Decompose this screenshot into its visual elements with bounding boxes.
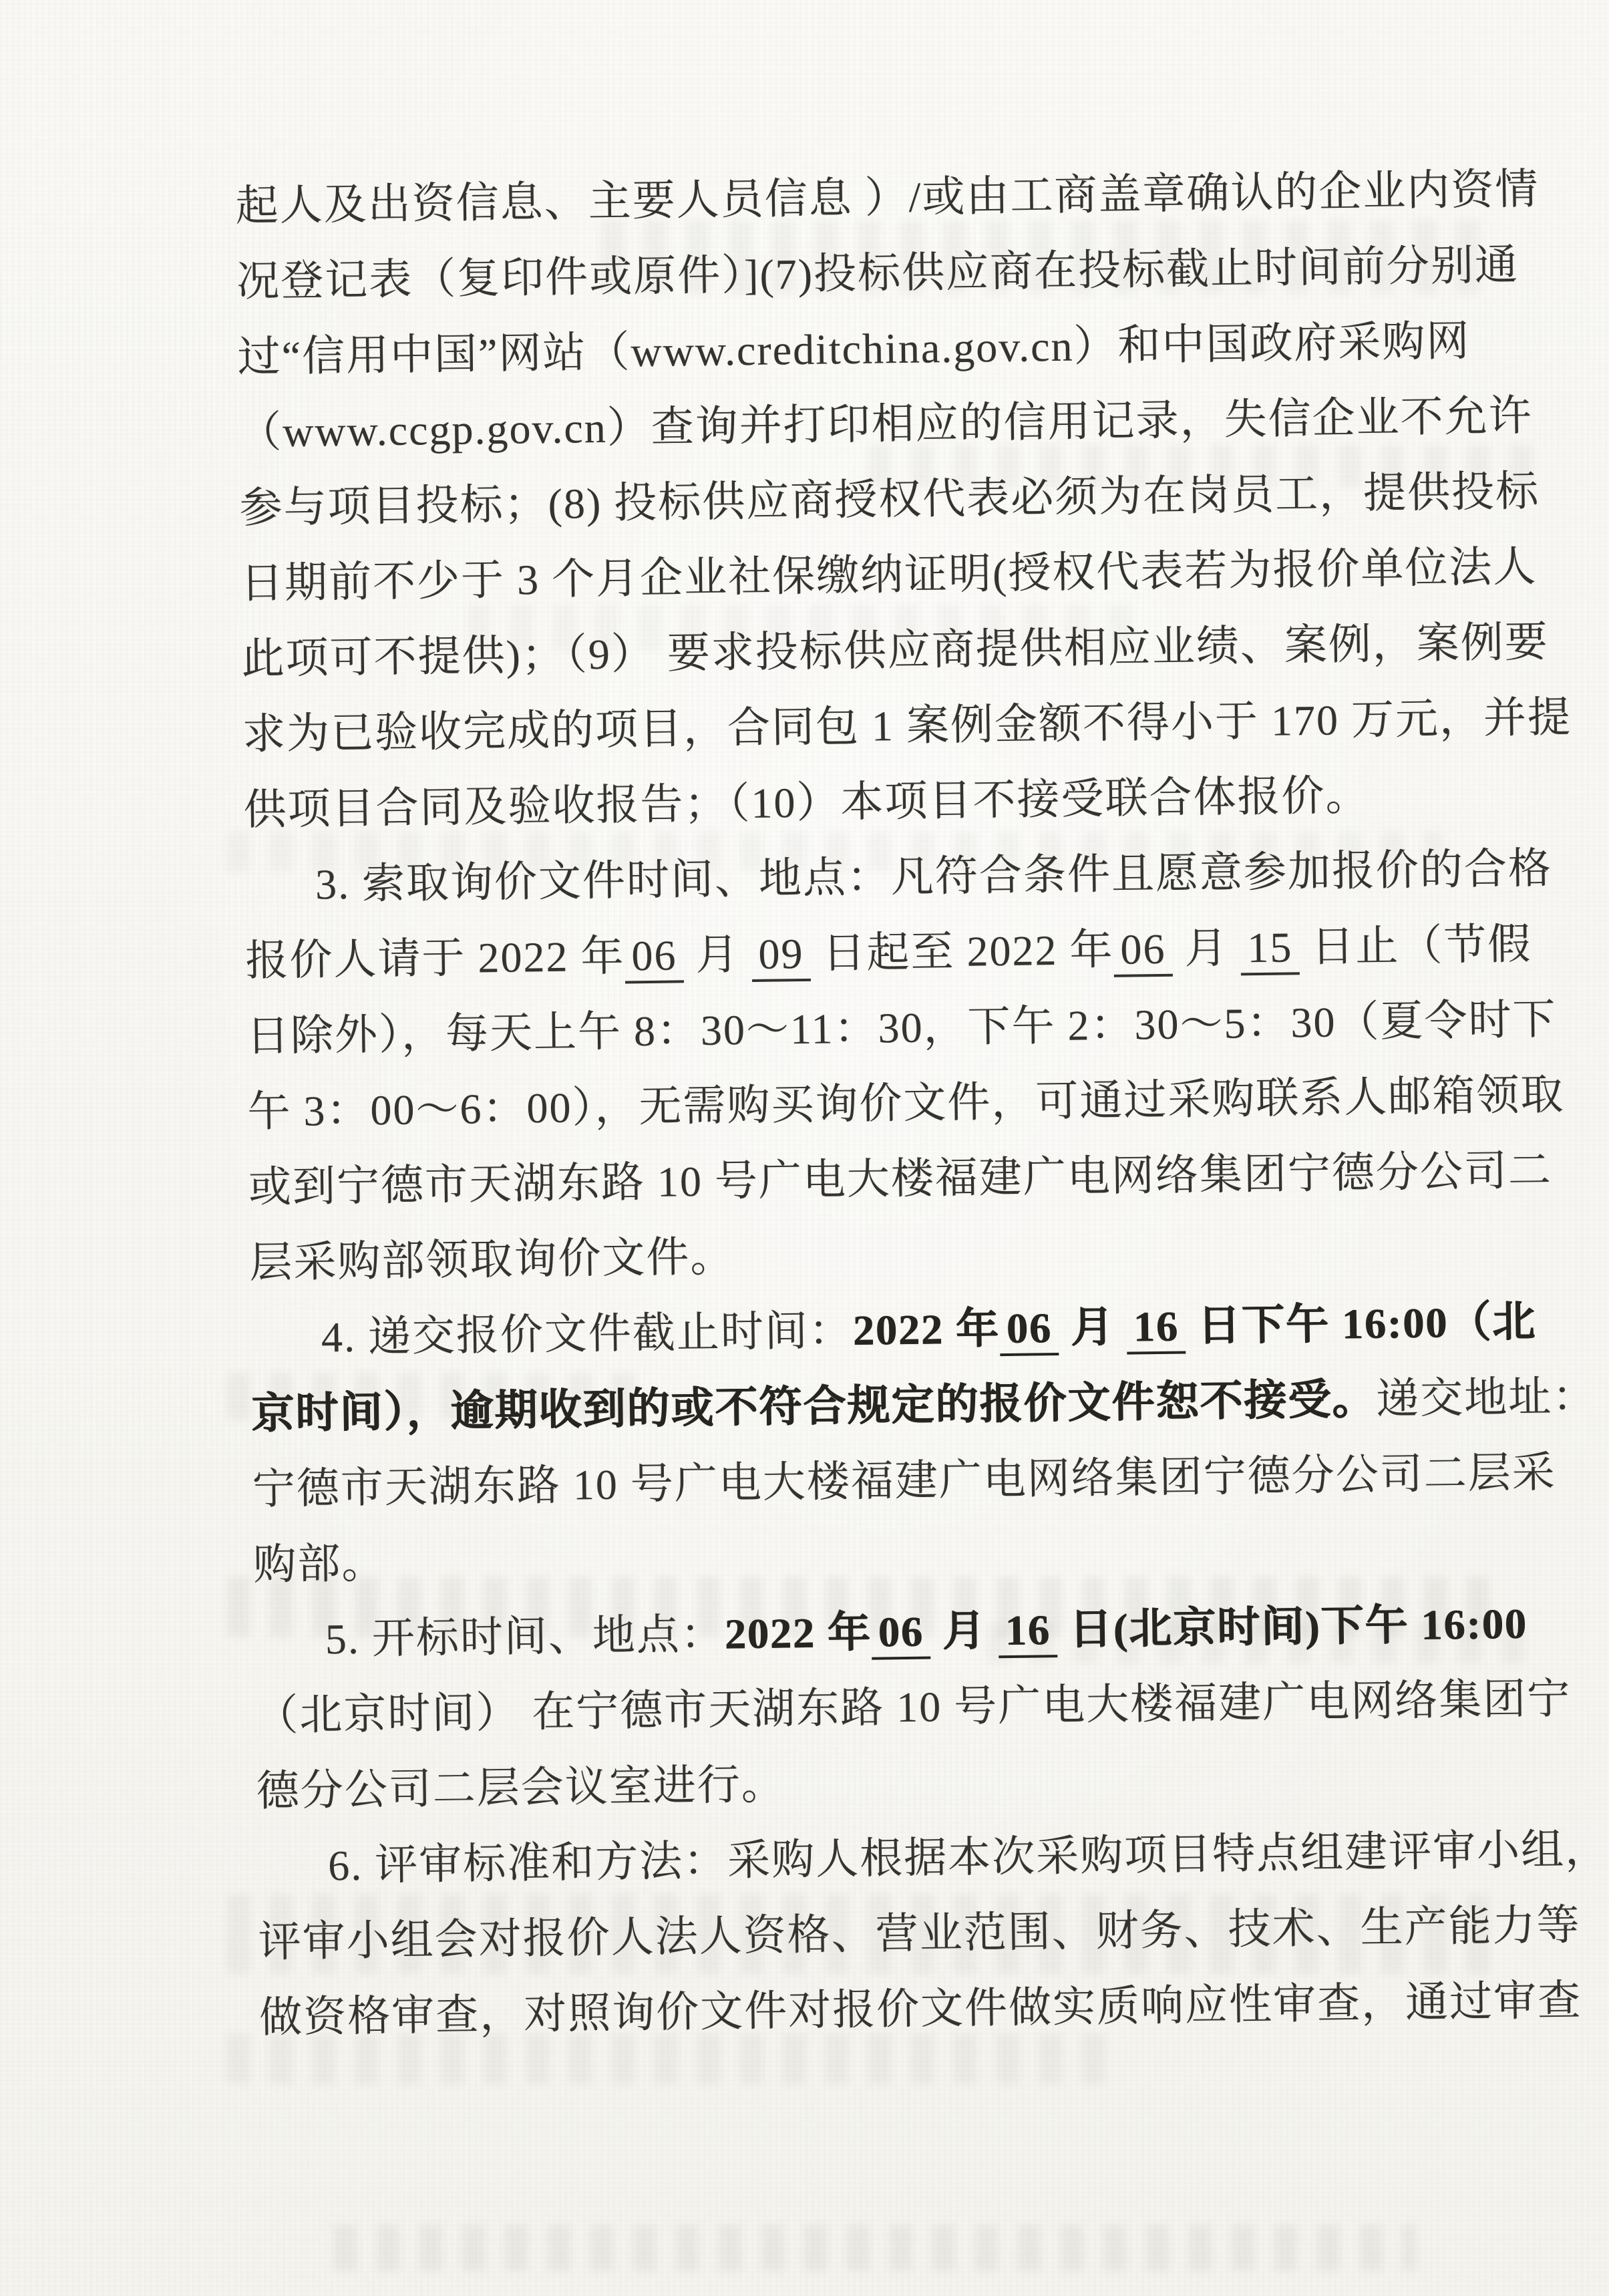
text-run: 购部。 bbox=[253, 1539, 386, 1589]
text-run: 求为已验收完成的项目，合同包 1 案例金额不得小于 170 万元，并提 bbox=[242, 693, 1572, 758]
text-run: 4. 递交报价文件截止时间： bbox=[321, 1307, 853, 1361]
text-run: 供项目合同及验收报告；（10）本项目不接受联合体报价。 bbox=[243, 772, 1370, 834]
text-run: 日起至 2022 年 bbox=[810, 926, 1114, 977]
text-run: 况登记表（复印件或原件）](7)投标供应商在投标截止时间前分别通 bbox=[236, 241, 1519, 305]
text-run: 京时间），逾期收到的或不符合规定的报价文件恕不接受。 bbox=[251, 1375, 1377, 1438]
underlined-date-field: 06 bbox=[624, 931, 684, 983]
text-run: 日(北京时间)下午 16:00 bbox=[1057, 1600, 1528, 1653]
text-run: 5. 开标时间、地点： bbox=[325, 1611, 725, 1663]
text-run: 月 bbox=[1172, 924, 1241, 972]
text-run: （北京时间） 在宁德市天湖东路 10 号广电大楼福建广电网络集团宁 bbox=[255, 1675, 1572, 1740]
text-run: 起人及出资信息、主要人员信息 ）/或由工商盖章确认的企业内资情 bbox=[235, 165, 1540, 230]
text-run: 日下午 16:00（北 bbox=[1185, 1298, 1536, 1350]
text-run: 日止（节假 bbox=[1299, 921, 1532, 971]
underlined-date-field: 06 bbox=[999, 1304, 1059, 1356]
text-run: 月 bbox=[683, 931, 752, 979]
text-run: 月 bbox=[930, 1607, 999, 1655]
text-run: 评审小组会对报价人法人资格、营业范围、财务、技术、生产能力等 bbox=[258, 1901, 1581, 1966]
text-run: 月 bbox=[1058, 1303, 1127, 1351]
text-run: 日期前不少于 3 个月企业社保缴纳证明(授权代表若为报价单位法人 bbox=[240, 543, 1538, 607]
text-run: 日除外），每天上午 8：30～11：30，下午 2：30～5：30（夏令时下 bbox=[246, 995, 1557, 1060]
underlined-date-field: 06 bbox=[871, 1608, 930, 1660]
text-run: 宁德市天湖东路 10 号广电大楼福建广电网络集团宁德分公司二层采 bbox=[252, 1448, 1556, 1513]
bleed-through-ghost bbox=[334, 2225, 1416, 2271]
text-run: 6. 评审标准和方法：采购人根据本次采购项目特点组建评审小组， bbox=[328, 1825, 1609, 1889]
text-run: 德分公司二层会议室进行。 bbox=[256, 1760, 785, 1814]
text-run: 午 3：00～6：00），无需购买询价文件，可通过采购联系人邮箱领取 bbox=[247, 1071, 1565, 1136]
text-run: 或到宁德市天湖东路 10 号广电大楼福建广电网络集团宁德分公司二 bbox=[248, 1146, 1553, 1211]
text-run: 递交地址： bbox=[1376, 1372, 1597, 1422]
underlined-date-field: 15 bbox=[1240, 923, 1300, 975]
scanned-document-page: 起人及出资信息、主要人员信息 ）/或由工商盖章确认的企业内资情况登记表（复印件或… bbox=[0, 0, 1609, 2296]
text-run: 此项可不提供)；（9） 要求投标供应商提供相应业绩、案例，案例要 bbox=[241, 618, 1549, 683]
text-run: 参与项目投标；(8) 投标供应商授权代表必须为在岗员工，提供投标 bbox=[239, 467, 1540, 531]
text-run: 3. 索取询价文件时间、地点：凡符合条件且愿意参加报价的合格 bbox=[315, 844, 1553, 908]
document-text-block: 起人及出资信息、主要人员信息 ）/或由工商盖章确认的企业内资情况登记表（复印件或… bbox=[235, 152, 1556, 2056]
underlined-date-field: 09 bbox=[751, 930, 811, 982]
text-run: （www.ccgp.gov.cn）查询并打印相应的信用记录，失信企业不允许 bbox=[238, 392, 1533, 456]
text-run: 做资格审查，对照询价文件对报价文件做实质响应性审查，通过审查 bbox=[259, 1977, 1582, 2041]
text-run: 2022 年 bbox=[724, 1609, 872, 1658]
underlined-date-field: 16 bbox=[998, 1606, 1057, 1658]
text-run: 层采购部领取询价文件。 bbox=[249, 1233, 735, 1286]
underlined-date-field: 06 bbox=[1113, 925, 1173, 977]
text-run: 报价人请于 2022 年 bbox=[245, 932, 625, 984]
text-run: 2022 年 bbox=[852, 1305, 1000, 1354]
text-run: 过“信用中国”网站（www.creditchina.gov.cn）和中国政府采购… bbox=[237, 317, 1471, 381]
underlined-date-field: 16 bbox=[1126, 1303, 1186, 1355]
